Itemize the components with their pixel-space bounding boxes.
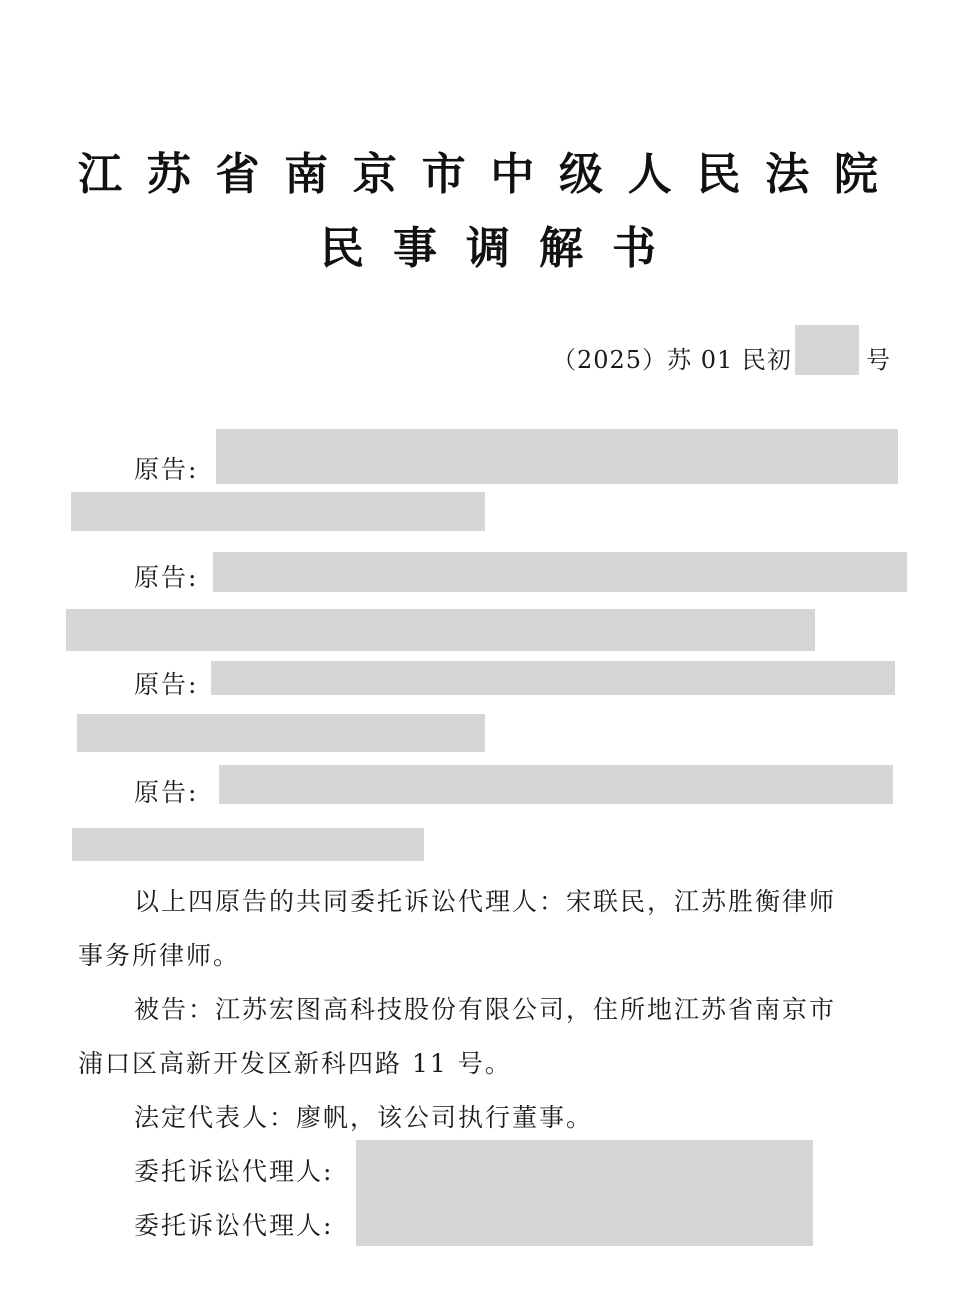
title-char: 级 [559,138,603,202]
title-char: 院 [834,138,878,202]
court-name-title: 江苏省南京市中级人民法院 [78,138,878,202]
defendant-agent-1-label: 委托诉讼代理人: [134,1152,333,1188]
case-number-prefix: （2025）苏 01 民初 [552,346,792,374]
title-char: 解 [539,212,583,276]
redacted-plaintiff-4-line1 [219,765,893,804]
plaintiff-1-label: 原告: [134,450,198,486]
plaintiff-4-label: 原告: [134,773,198,809]
joint-agent-line2: 事务所律师。 [78,936,240,972]
document-type-title: 民事调解书 [320,212,656,276]
title-char: 南 [284,138,328,202]
title-char: 书 [612,212,656,276]
title-char: 省 [215,138,259,202]
redacted-defendant-agents [356,1140,813,1246]
title-char: 苏 [147,138,191,202]
plaintiff-3-label: 原告: [134,665,198,701]
redacted-plaintiff-1-line1 [216,429,898,484]
title-char: 民 [696,138,740,202]
title-char: 人 [628,138,672,202]
defendant-agent-2-label: 委托诉讼代理人: [134,1206,333,1242]
defendant-line2: 浦口区高新开发区新科四路 11 号。 [78,1044,512,1080]
case-number-suffix: 号 [866,340,892,375]
plaintiff-2-label: 原告: [134,558,198,594]
redacted-plaintiff-1-line2 [71,492,485,531]
case-number: （2025）苏 01 民初 [552,340,792,375]
redacted-case-number [795,325,859,375]
title-char: 事 [393,212,437,276]
title-char: 民 [320,212,364,276]
joint-agent-line1: 以上四原告的共同委托诉讼代理人：宋联民，江苏胜衡律师 [134,882,836,918]
title-char: 江 [78,138,122,202]
redacted-plaintiff-3-line2 [77,714,485,752]
redacted-plaintiff-2-line2 [66,609,815,651]
legal-representative: 法定代表人：廖帆，该公司执行董事。 [134,1098,593,1134]
title-char: 中 [490,138,534,202]
title-char: 市 [422,138,466,202]
redacted-plaintiff-3-line1 [211,661,895,695]
title-char: 京 [353,138,397,202]
redacted-plaintiff-2-line1 [213,552,907,592]
title-char: 调 [466,212,510,276]
title-char: 法 [765,138,809,202]
redacted-plaintiff-4-line2 [72,828,424,861]
defendant-line1: 被告：江苏宏图高科技股份有限公司，住所地江苏省南京市 [134,990,836,1026]
